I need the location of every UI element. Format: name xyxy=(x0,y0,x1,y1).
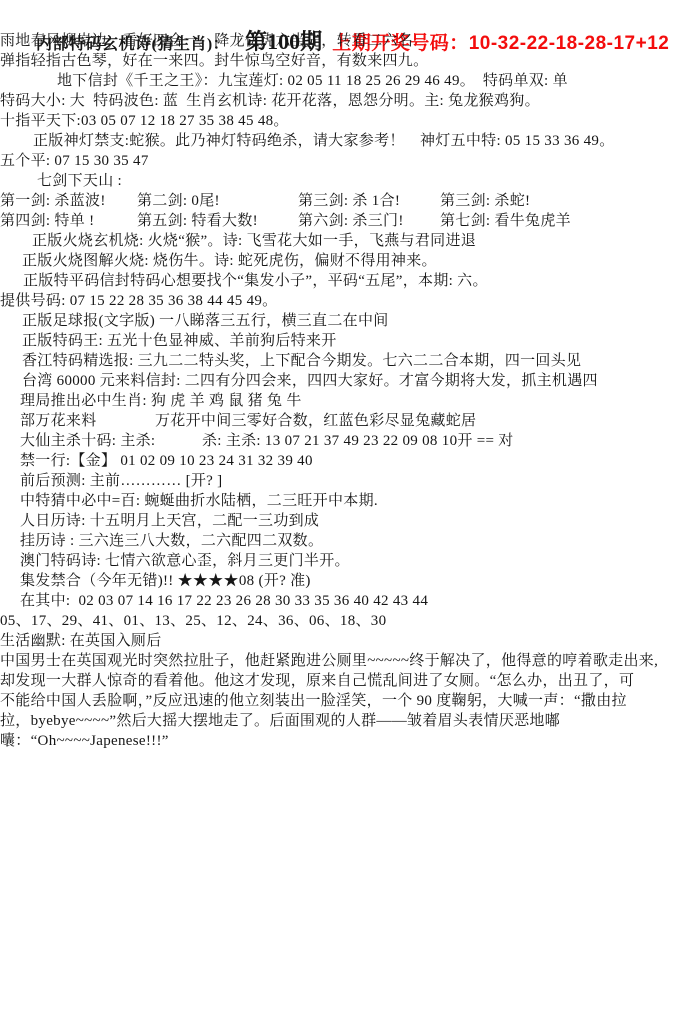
text-segment: 第二剑: 0尾! xyxy=(137,191,298,211)
text-segment: 正版火烧图解火烧: 烧伤牛。诗: 蛇死虎伤，偏财不得用神来。 xyxy=(22,253,437,269)
text-line: 不能给中国人丢脸啊，”反应迅速的他立刻装出一脸淫笑，一个 90 度鞠躬，大喊一声… xyxy=(0,691,675,711)
text-segment: 第五剑: 特看大数! xyxy=(137,211,298,231)
text-segment: 第一剑: 杀蓝波! xyxy=(0,191,137,211)
text-segment: 第六剑: 杀三门! xyxy=(298,211,440,231)
text-segment: 理局推出必中生肖: 狗 虎 羊 鸡 鼠 猪 兔 牛 xyxy=(20,393,302,409)
text-segment: 拉，byebye~~~~”然后大摇大摆地走了。后面围观的人群——皱着眉头表情厌恶… xyxy=(0,713,560,729)
text-segment: 不能给中国人丢脸啊，”反应迅速的他立刻装出一脸淫笑，一个 90 度鞠躬，大喊一声… xyxy=(0,693,627,709)
text-line: 地下信封《千王之王》：九宝莲灯: 02 05 11 18 25 26 29 46… xyxy=(0,71,675,91)
text-segment: 正版神灯禁支:蛇猴。此乃神灯特码绝杀，请大家参考！ 神灯五中特: 05 15 3… xyxy=(33,133,615,149)
text-line: 大仙主杀十码: 主杀:杀: 主杀: 13 07 21 37 49 23 22 0… xyxy=(0,431,675,451)
text-line: 台湾 60000 元来料信封: 二四有分四会来，四四大家好。才富今期将大发，抓主… xyxy=(0,371,675,391)
text-segment: 05、17、29、41、01、13、25、12、24、36、06、18、30 xyxy=(0,613,386,629)
text-segment: 囔：“Oh~~~~Japenese!!!” xyxy=(0,733,169,749)
text-segment: 人日历诗: 十五明月上天宫，二配一三功到成 xyxy=(20,513,319,529)
text-line: 正版火烧图解火烧: 烧伤牛。诗: 蛇死虎伤，偏财不得用神来。 xyxy=(0,251,675,271)
text-line: 05、17、29、41、01、13、25、12、24、36、06、18、30 xyxy=(0,611,675,631)
text-segment: 台湾 60000 元来料信封: 二四有分四会来，四四大家好。才富今期将大发，抓主… xyxy=(22,373,598,389)
text-segment: 禁一行:【金】 01 02 09 10 23 24 31 32 39 40 xyxy=(20,453,313,469)
text-line: 香江特码精选报: 三九二二特头奖，上下配合今期发。七六二二合本期，四一回头见 xyxy=(0,351,675,371)
text-line: 中特猜中必中=百: 蜿蜒曲折水陆栖，二三旺开中本期. xyxy=(0,491,675,511)
text-line: 正版特平码信封特码心想要找个“集发小子”，平码“五尾”，本期: 六。 xyxy=(0,271,675,291)
text-line: 囔：“Oh~~~~Japenese!!!” xyxy=(0,731,675,751)
text-line: 澳门特码诗: 七情六欲意心歪，斜月三更门半开。 xyxy=(0,551,675,571)
text-line: 第四剑: 特单 !第五剑: 特看大数!第六剑: 杀三门!第七剑: 看牛兔虎羊 xyxy=(0,211,675,231)
text-line: 十指平天下:03 05 07 12 18 27 35 38 45 48。 xyxy=(0,111,675,131)
text-line: 部万花来料万花开中间三零好合数，红蓝色彩尽显兔藏蛇居 xyxy=(0,411,675,431)
text-segment: 挂历诗 : 三六连三八大数，二六配四二双数。 xyxy=(20,533,323,549)
text-line: 却发现一大群人惊奇的看着他。他这才发现，原来自己慌乱间进了女厕。“怎么办，出丑了… xyxy=(0,671,675,691)
text-line: 禁一行:【金】 01 02 09 10 23 24 31 32 39 40 xyxy=(0,451,675,471)
text-line: 正版火烧玄机烧: 火烧“猴”。诗: 飞雪花大如一手，飞燕与君同进退 xyxy=(0,231,675,251)
text-line: 正版神灯禁支:蛇猴。此乃神灯特码绝杀，请大家参考！ 神灯五中特: 05 15 3… xyxy=(0,131,675,151)
text-segment: 集发禁合（今年无错)!! ★★★★08 (开? 准) xyxy=(20,573,311,589)
text-segment: 第三剑: 杀 1合! xyxy=(298,191,440,211)
text-line: 特码大小: 大 特码波色: 蓝 生肖玄机诗: 花开花落，恩怨分明。主: 兔龙猴鸡… xyxy=(0,91,675,111)
tip-sheet-page: 内部特码玄机诗(猜生肖)：第100期上期开奖号码：10-32-22-18-28-… xyxy=(0,0,675,1031)
text-segment: 正版火烧玄机烧: 火烧“猴”。诗: 飞雪花大如一手，飞燕与君同进退 xyxy=(32,233,476,249)
text-segment: 中特猜中必中=百: 蜿蜒曲折水陆栖，二三旺开中本期. xyxy=(20,493,378,509)
text-segment: 正版特码王: 五光十色显神威、羊前狗后特来开 xyxy=(22,333,337,349)
text-line: 在其中: 02 03 07 14 16 17 22 23 26 28 30 33… xyxy=(0,591,675,611)
text-line: 拉，byebye~~~~”然后大摇大摆地走了。后面围观的人群——皱着眉头表情厌恶… xyxy=(0,711,675,731)
text-segment: 提供号码: 07 15 22 28 35 36 38 44 45 49。 xyxy=(0,293,277,309)
text-segment: 第三剑: 杀蛇! xyxy=(440,193,530,209)
text-segment: 前后预测: 主前………… [开? ] xyxy=(20,473,222,489)
text-segment: 香江特码精选报: 三九二二特头奖，上下配合今期发。七六二二合本期，四一回头见 xyxy=(22,353,581,369)
text-line: 理局推出必中生肖: 狗 虎 羊 鸡 鼠 猪 兔 牛 xyxy=(0,391,675,411)
text-segment: 部万花来料 xyxy=(20,411,155,431)
text-segment: 七剑下天山 : xyxy=(37,173,122,189)
text-segment: 十指平天下:03 05 07 12 18 27 35 38 45 48。 xyxy=(0,113,289,129)
header-line: 内部特码玄机诗(猜生肖)：第100期上期开奖号码：10-32-22-18-28-… xyxy=(0,3,675,31)
text-line: 提供号码: 07 15 22 28 35 36 38 44 45 49。 xyxy=(0,291,675,311)
text-line: 正版足球报(文字版) 一八睇落三五行，横三直二在中间 xyxy=(0,311,675,331)
text-line: 中国男士在英国观光时突然拉肚子，他赶紧跑进公厕里~~~~~终于解决了，他得意的哼… xyxy=(0,651,675,671)
text-line: 人日历诗: 十五明月上天宫，二配一三功到成 xyxy=(0,511,675,531)
text-segment: 弹指轻指古色琴，好在一来四。封牛惊鸟空好音，有数来四九。 xyxy=(0,53,428,69)
text-segment: 杀: 主杀: 13 07 21 37 49 23 22 09 08 10开 ==… xyxy=(202,433,514,449)
text-segment: 大仙主杀十码: 主杀: xyxy=(20,431,202,451)
content-lines: 雨地春风柳岸边，看好四合一。降龙伏虎六当先，转看二六名弹指轻指古色琴，好在一来四… xyxy=(0,31,675,751)
text-segment: 正版足球报(文字版) 一八睇落三五行，横三直二在中间 xyxy=(22,313,389,329)
text-line: 第一剑: 杀蓝波!第二剑: 0尾!第三剑: 杀 1合!第三剑: 杀蛇! xyxy=(0,191,675,211)
text-segment: 中国男士在英国观光时突然拉肚子，他赶紧跑进公厕里~~~~~终于解决了，他得意的哼… xyxy=(0,653,658,669)
text-line: 七剑下天山 : xyxy=(0,171,675,191)
text-segment: 雨地春风柳岸边，看好四合一。降龙伏虎六当先，转看二六名 xyxy=(0,33,413,49)
text-line: 生活幽默: 在英国入厕后 xyxy=(0,631,675,651)
text-segment: 正版特平码信封特码心想要找个“集发小子”，平码“五尾”，本期: 六。 xyxy=(23,273,488,289)
text-line: 集发禁合（今年无错)!! ★★★★08 (开? 准) xyxy=(0,571,675,591)
text-segment: 却发现一大群人惊奇的看着他。他这才发现，原来自己慌乱间进了女厕。“怎么办，出丑了… xyxy=(0,673,634,689)
text-segment: 五个平: 07 15 30 35 47 xyxy=(0,153,149,169)
text-segment: 第四剑: 特单 ! xyxy=(0,211,137,231)
text-segment: 生活幽默: 在英国入厕后 xyxy=(0,633,162,649)
text-segment: 万花开中间三零好合数，红蓝色彩尽显兔藏蛇居 xyxy=(155,413,476,429)
text-segment: 特码大小: 大 特码波色: 蓝 生肖玄机诗: 花开花落，恩怨分明。主: 兔龙猴鸡… xyxy=(0,93,540,109)
text-line: 正版特码王: 五光十色显神威、羊前狗后特来开 xyxy=(0,331,675,351)
text-line: 五个平: 07 15 30 35 47 xyxy=(0,151,675,171)
text-segment: 地下信封《千王之王》：九宝莲灯: 02 05 11 18 25 26 29 46… xyxy=(57,73,568,89)
text-line: 前后预测: 主前………… [开? ] xyxy=(0,471,675,491)
text-segment: 澳门特码诗: 七情六欲意心歪，斜月三更门半开。 xyxy=(20,553,350,569)
text-segment: 第七剑: 看牛兔虎羊 xyxy=(440,213,571,229)
text-segment: 在其中: 02 03 07 14 16 17 22 23 26 28 30 33… xyxy=(20,593,428,609)
text-line: 挂历诗 : 三六连三八大数，二六配四二双数。 xyxy=(0,531,675,551)
